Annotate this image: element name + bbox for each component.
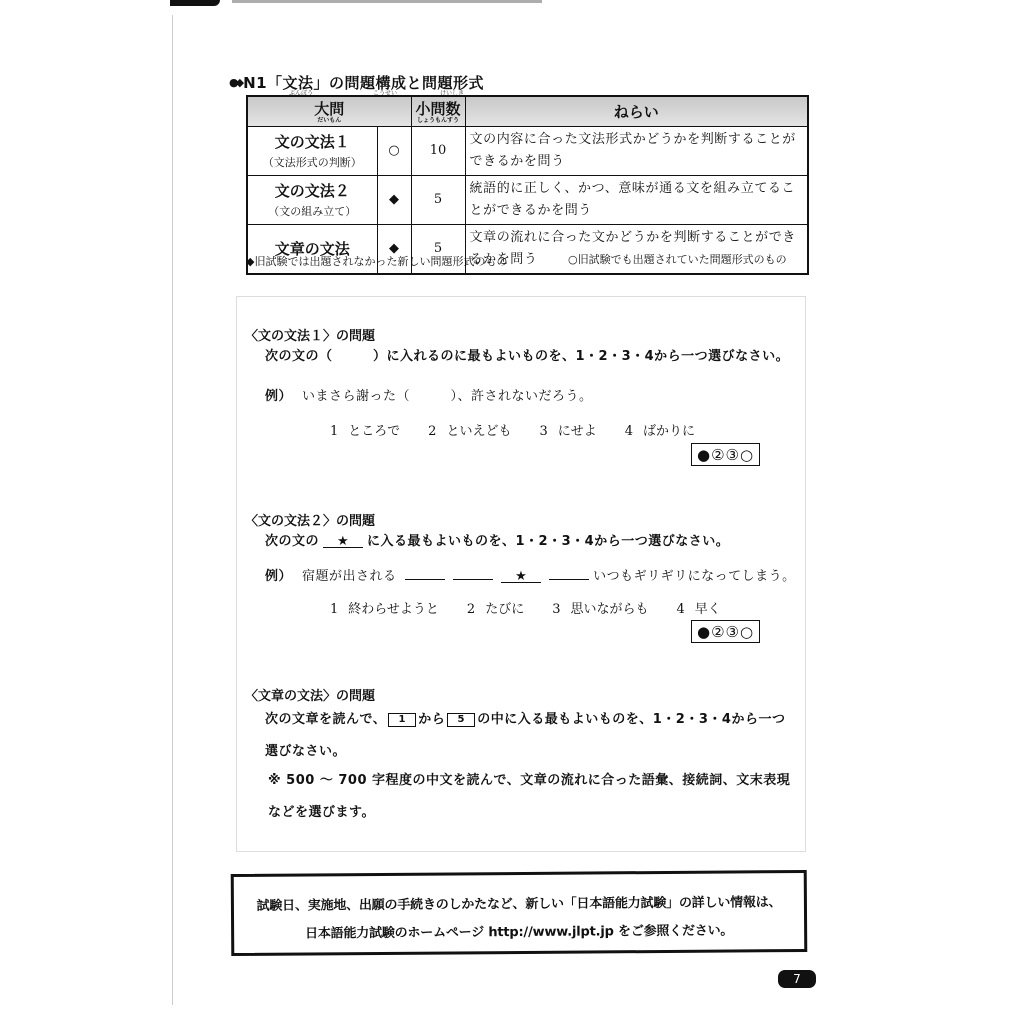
choice: 4ばかりに bbox=[625, 420, 695, 439]
legend-new: ◆旧試験では出題されなかった新しい問題形式のもの bbox=[246, 253, 507, 269]
star-blank: ★ bbox=[323, 536, 363, 548]
section3-title: 〈文章の文法〉の問題 bbox=[245, 685, 375, 704]
table-row: 文の文法２ （文の組み立て） ◆ 5 統語的に正しく、かつ、意味が通る文を組み立… bbox=[247, 175, 808, 224]
blank-box-1: 1 bbox=[388, 713, 416, 727]
section1-instruction: 次の文の（ ）に入れるのに最もよいものを、1・2・3・4から一つ選びなさい。 bbox=[265, 345, 789, 364]
blank bbox=[549, 568, 589, 580]
section1-example: 例）いまさら謝った（ ）、許されないだろう。 bbox=[265, 385, 593, 404]
section-sub: （文の組み立て） bbox=[248, 203, 377, 219]
scan-artifact bbox=[170, 0, 220, 6]
section-name: 文の文法２ bbox=[248, 180, 377, 201]
diamond-icon: ◆ bbox=[377, 175, 411, 224]
page-number: 7 bbox=[778, 970, 816, 988]
section3-instruction-line2: 選びなさい。 bbox=[265, 740, 346, 759]
aim-text: 文の内容に合った文法形式かどうかを判断することができるかを問う bbox=[465, 126, 808, 175]
legend-old: ○旧試験でも出題されていた問題形式のもの bbox=[568, 251, 787, 267]
header-daimon: 大問 だいもん bbox=[247, 96, 411, 126]
choice: 2といえども bbox=[428, 420, 511, 439]
star-blank: ★ bbox=[501, 571, 541, 583]
scan-artifact bbox=[232, 0, 542, 3]
example-label: 例） bbox=[265, 569, 292, 584]
section1-title: 〈文の文法１〉の問題 bbox=[245, 325, 375, 344]
choice: 4早く bbox=[677, 598, 721, 617]
section-sub: （文法形式の判断） bbox=[248, 154, 377, 170]
section2-instruction: 次の文の★に入る最もよいものを、1・2・3・4から一つ選びなさい。 bbox=[265, 530, 729, 549]
choice: 1終わらせようと bbox=[330, 598, 439, 617]
document-page: ●◆ N1「文法」の問題構成と問題形式 ぶんぽう こうせい けいしき 大問 だい… bbox=[0, 0, 1024, 1024]
info-line-2: 日本語能力試験のホームページ http://www.jlpt.jp をご参照くだ… bbox=[234, 919, 804, 942]
answer-sheet-example: ●②③○ bbox=[691, 443, 760, 466]
choice: 1ところで bbox=[330, 420, 400, 439]
choice: 2たびに bbox=[467, 598, 524, 617]
section-name: 文の文法１ bbox=[248, 131, 377, 152]
aim-text: 統語的に正しく、かつ、意味が通る文を組み立てることができるかを問う bbox=[465, 175, 808, 224]
blank bbox=[405, 568, 445, 580]
choice: 3思いながらも bbox=[552, 598, 648, 617]
circle-icon: ○ bbox=[377, 126, 411, 175]
info-line-1: 試験日、実施地、出願の手続きのしかたなど、新しい「日本語能力試験」の詳しい情報は… bbox=[234, 891, 804, 914]
choice: 3にせよ bbox=[539, 420, 596, 439]
info-box: 試験日、実施地、出願の手続きのしかたなど、新しい「日本語能力試験」の詳しい情報は… bbox=[231, 870, 808, 956]
header-shomonsu: 小問数 しょうもんすう bbox=[411, 96, 465, 126]
header-nerai: ねらい bbox=[465, 96, 808, 126]
question-count: 10 bbox=[411, 126, 465, 175]
table-row: 文の文法１ （文法形式の判断） ○ 10 文の内容に合った文法形式かどうかを判断… bbox=[247, 126, 808, 175]
structure-table: 大問 だいもん 小問数 しょうもんすう ねらい 文の文法１ （文法形式の判断） … bbox=[246, 95, 809, 275]
question-count: 5 bbox=[411, 175, 465, 224]
section3-instruction: 次の文章を読んで、1から5の中に入る最もよいものを、1・2・3・4から一つ bbox=[265, 708, 785, 727]
blank-box-5: 5 bbox=[447, 713, 475, 727]
section1-choices: 1ところで 2といえども 3にせよ 4ばかりに bbox=[330, 420, 695, 439]
bullet-icon: ●◆ bbox=[229, 76, 241, 89]
section2-title: 〈文の文法２〉の問題 bbox=[245, 510, 375, 529]
section3-note: ※ 500 ～ 700 字程度の中文を読んで、文章の流れに合った語彙、接続詞、文… bbox=[268, 765, 798, 829]
blank bbox=[453, 568, 493, 580]
scan-edge bbox=[172, 15, 173, 1005]
section2-choices: 1終わらせようと 2たびに 3思いながらも 4早く bbox=[330, 598, 721, 617]
answer-sheet-example: ●②③○ bbox=[691, 620, 760, 643]
section2-example: 例）宿題が出される ★いつもギリギリになってしまう。 bbox=[265, 565, 796, 584]
example-label: 例） bbox=[265, 389, 292, 404]
